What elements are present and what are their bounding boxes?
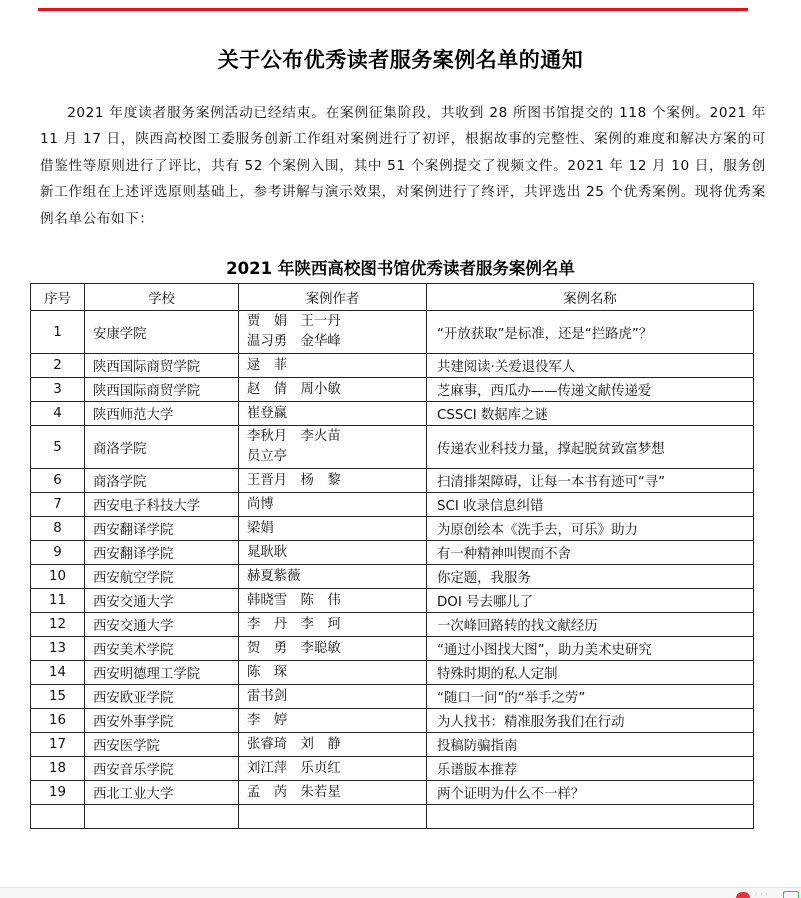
row-number: 3: [31, 378, 85, 402]
row-authors: 李 丹 李 珂: [239, 613, 427, 637]
row-number: 8: [31, 517, 85, 541]
toolbar-text: · · ·: [755, 890, 768, 898]
row-school: 西安航空学院: [85, 565, 239, 589]
row-authors: 雷书剑: [239, 685, 427, 709]
row-school: 商洛学院: [85, 469, 239, 493]
row-school: 西安翻译学院: [85, 541, 239, 565]
green-square-icon[interactable]: [783, 891, 799, 898]
row-case-name: 传递农业科技力量，撑起脱贫致富梦想: [427, 426, 754, 469]
row-case-name: 一次峰回路转的找文献经历: [427, 613, 754, 637]
row-school: 西安外事学院: [85, 709, 239, 733]
row-case-name: 你定题，我服务: [427, 565, 754, 589]
row-school: 西安电子科技大学: [85, 493, 239, 517]
row-number: 12: [31, 613, 85, 637]
row-school: 西安明德理工学院: [85, 661, 239, 685]
table-header-row: 序号 学校 案例作者 案例名称: [31, 284, 754, 311]
row-number: 4: [31, 402, 85, 426]
header-no: 序号: [31, 284, 85, 311]
row-number: 16: [31, 709, 85, 733]
table-body: 1安康学院贾 娟 王一丹 温习勇 金华峰“开放获取”是标准，还是“拦路虎”？2陕…: [31, 311, 754, 829]
row-school: 西安翻译学院: [85, 517, 239, 541]
row-school: 陕西国际商贸学院: [85, 354, 239, 378]
row-authors: 逯 菲: [239, 354, 427, 378]
intro-paragraph: 2021 年度读者服务案例活动已经结束。在案例征集阶段，共收到 28 所图书馆提…: [40, 100, 766, 233]
row-number: 18: [31, 757, 85, 781]
table-row: 12西安交通大学李 丹 李 珂一次峰回路转的找文献经历: [31, 613, 754, 637]
table-row: 9西安翻译学院晁耿耿有一种精神叫锲而不舍: [31, 541, 754, 565]
row-authors: 张睿琦 刘 静: [239, 733, 427, 757]
row-authors: 赫夏紫薇: [239, 565, 427, 589]
table-row: 6商洛学院王晋月 杨 黎扫清排架障碍，让每一本书有迹可“寻”: [31, 469, 754, 493]
row-case-name: 有一种精神叫锲而不舍: [427, 541, 754, 565]
row-school: 陕西师范大学: [85, 402, 239, 426]
row-school: 西安欧亚学院: [85, 685, 239, 709]
row-school: 西安音乐学院: [85, 757, 239, 781]
row-school: 西北工业大学: [85, 781, 239, 805]
table-row: 18西安音乐学院刘江萍 乐贞红乐谱版本推荐: [31, 757, 754, 781]
row-school: 西安医学院: [85, 733, 239, 757]
row-case-name: SCI 收录信息纠错: [427, 493, 754, 517]
row-case-name: 两个证明为什么不一样？: [427, 781, 754, 805]
row-authors: 晁耿耿: [239, 541, 427, 565]
row-number: 6: [31, 469, 85, 493]
table-row: 17西安医学院张睿琦 刘 静投稿防骗指南: [31, 733, 754, 757]
row-school: 西安交通大学: [85, 613, 239, 637]
table-row: 5商洛学院李秋月 李火苗 员立亭传递农业科技力量，撑起脱贫致富梦想: [31, 426, 754, 469]
row-authors: 韩晓雪 陈 伟: [239, 589, 427, 613]
row-case-name: “开放获取”是标准，还是“拦路虎”？: [427, 311, 754, 354]
row-number: 14: [31, 661, 85, 685]
row-number: 15: [31, 685, 85, 709]
row-authors: 李 婷: [239, 709, 427, 733]
red-app-icon[interactable]: [736, 892, 750, 898]
row-number: 1: [31, 311, 85, 354]
header-authors: 案例作者: [239, 284, 427, 311]
row-authors: 梁娟: [239, 517, 427, 541]
table-row: 7西安电子科技大学尚博SCI 收录信息纠错: [31, 493, 754, 517]
row-school: 安康学院: [85, 311, 239, 354]
case-list-table: 序号 学校 案例作者 案例名称 1安康学院贾 娟 王一丹 温习勇 金华峰“开放获…: [30, 283, 754, 829]
document-title: 关于公布优秀读者服务案例名单的通知: [0, 44, 801, 74]
table-row: 19西北工业大学孟 芮 朱若星两个证明为什么不一样？: [31, 781, 754, 805]
row-authors: [239, 805, 427, 829]
row-number: 7: [31, 493, 85, 517]
table-row: 1安康学院贾 娟 王一丹 温习勇 金华峰“开放获取”是标准，还是“拦路虎”？: [31, 311, 754, 354]
row-number: 5: [31, 426, 85, 469]
row-number: 2: [31, 354, 85, 378]
table-row: 2陕西国际商贸学院逯 菲共建阅读·关爱退役军人: [31, 354, 754, 378]
table-row: 16西安外事学院李 婷为人找书：精准服务我们在行动: [31, 709, 754, 733]
table-row: 14西安明德理工学院陈 琛特殊时期的私人定制: [31, 661, 754, 685]
row-case-name: “通过小图找大图”，助力美术史研究: [427, 637, 754, 661]
table-row: 15西安欧亚学院雷书剑“随口一问”的“举手之劳”: [31, 685, 754, 709]
row-case-name: 特殊时期的私人定制: [427, 661, 754, 685]
table-row: 10西安航空学院赫夏紫薇你定题，我服务: [31, 565, 754, 589]
table-row: 4陕西师范大学崔登赢CSSCI 数据库之谜: [31, 402, 754, 426]
row-case-name: CSSCI 数据库之谜: [427, 402, 754, 426]
row-school: 西安美术学院: [85, 637, 239, 661]
row-number: 13: [31, 637, 85, 661]
row-case-name: “随口一问”的“举手之劳”: [427, 685, 754, 709]
row-authors: 贾 娟 王一丹 温习勇 金华峰: [239, 311, 427, 354]
row-number: [31, 805, 85, 829]
row-case-name: 乐谱版本推荐: [427, 757, 754, 781]
row-case-name: [427, 805, 754, 829]
row-number: 9: [31, 541, 85, 565]
row-case-name: 芝麻事，西瓜办——传递文献传递爱: [427, 378, 754, 402]
row-number: 17: [31, 733, 85, 757]
red-header-rule: [38, 8, 748, 11]
row-authors: 贺 勇 李聪敏: [239, 637, 427, 661]
row-authors: 尚博: [239, 493, 427, 517]
header-school: 学校: [85, 284, 239, 311]
row-authors: 刘江萍 乐贞红: [239, 757, 427, 781]
row-school: 陕西国际商贸学院: [85, 378, 239, 402]
row-authors: 赵 倩 周小敏: [239, 378, 427, 402]
row-authors: 陈 琛: [239, 661, 427, 685]
row-case-name: 为人找书：精准服务我们在行动: [427, 709, 754, 733]
row-authors: 王晋月 杨 黎: [239, 469, 427, 493]
bottom-toolbar: · · ·: [0, 887, 801, 898]
table-row: [31, 805, 754, 829]
row-school: 西安交通大学: [85, 589, 239, 613]
row-case-name: DOI 号去哪儿了: [427, 589, 754, 613]
header-case-name: 案例名称: [427, 284, 754, 311]
row-authors: 李秋月 李火苗 员立亭: [239, 426, 427, 469]
row-authors: 崔登赢: [239, 402, 427, 426]
table-row: 3陕西国际商贸学院赵 倩 周小敏芝麻事，西瓜办——传递文献传递爱: [31, 378, 754, 402]
table-row: 8西安翻译学院梁娟为原创绘本《洗手去，可乐》助力: [31, 517, 754, 541]
row-case-name: 共建阅读·关爱退役军人: [427, 354, 754, 378]
row-case-name: 扫清排架障碍，让每一本书有迹可“寻”: [427, 469, 754, 493]
row-number: 19: [31, 781, 85, 805]
row-case-name: 投稿防骗指南: [427, 733, 754, 757]
row-authors: 孟 芮 朱若星: [239, 781, 427, 805]
table-row: 11西安交通大学韩晓雪 陈 伟DOI 号去哪儿了: [31, 589, 754, 613]
table-title: 2021 年陕西高校图书馆优秀读者服务案例名单: [0, 255, 801, 279]
row-school: [85, 805, 239, 829]
row-case-name: 为原创绘本《洗手去，可乐》助力: [427, 517, 754, 541]
table-row: 13西安美术学院贺 勇 李聪敏“通过小图找大图”，助力美术史研究: [31, 637, 754, 661]
row-number: 10: [31, 565, 85, 589]
row-number: 11: [31, 589, 85, 613]
row-school: 商洛学院: [85, 426, 239, 469]
